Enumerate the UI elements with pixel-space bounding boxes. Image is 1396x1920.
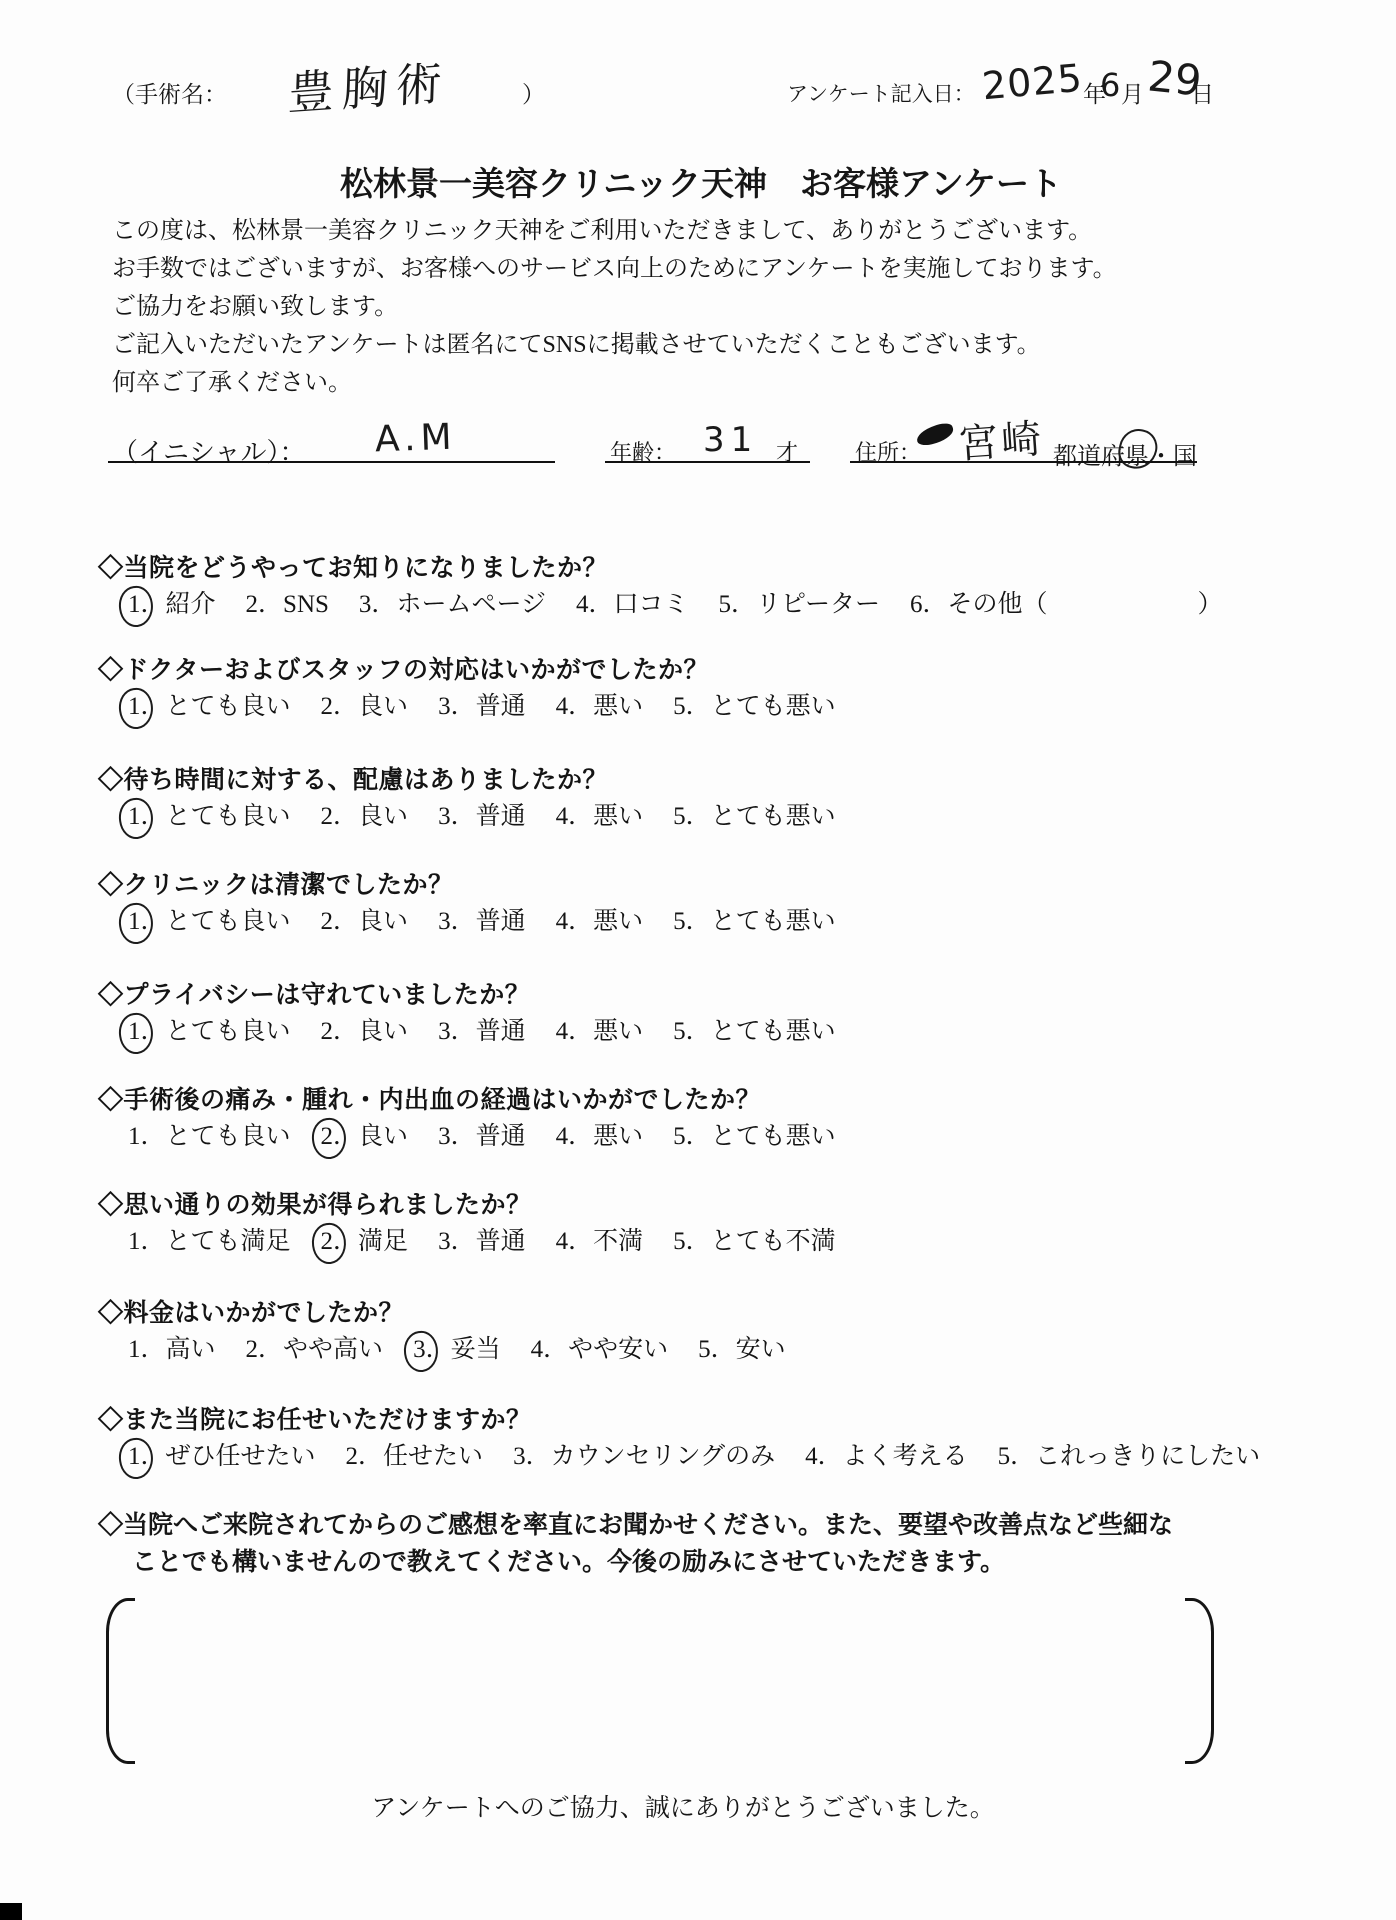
question-option: 4．悪い	[556, 1116, 644, 1152]
option-number-separator: ．	[731, 584, 756, 620]
option-label: 普通	[476, 1228, 526, 1255]
option-number: 2	[246, 591, 259, 619]
option-label: 悪い	[593, 693, 643, 720]
option-label: リピーター	[756, 591, 880, 618]
option-label: ぜひ任せたい	[166, 1443, 316, 1470]
question-option: 3．普通	[438, 1221, 526, 1257]
question-option: 1．高い	[128, 1329, 216, 1365]
option-number: 2	[321, 803, 334, 831]
prefecture-suffix-pre: 都道府	[1053, 444, 1125, 470]
option-label: 妥当	[451, 1336, 501, 1363]
option-label: とても満足	[166, 1228, 291, 1255]
question-option: 3．妥当	[413, 1329, 501, 1365]
surgery-name-label: （手術名：	[112, 76, 227, 109]
option-label: とても良い	[166, 1123, 291, 1150]
option-number-separator: ．	[568, 901, 593, 937]
option-number-separator: ．	[923, 584, 948, 620]
option-label: 悪い	[593, 803, 643, 830]
question-option: 4．悪い	[556, 686, 644, 722]
option-number: 3	[438, 803, 451, 831]
question-option: 1．とても良い	[128, 901, 291, 937]
option-number: 4	[556, 1018, 569, 1046]
option-label: とても悪い	[711, 908, 836, 935]
intro-line: ご記入いただいたアンケートは匿名にてSNSに掲載させていただくこともございます。	[112, 326, 1117, 364]
question-option: 2．良い	[321, 1011, 409, 1047]
question-title: ◇また当院にお任せいただけますか？	[98, 1400, 532, 1436]
option-number-separator: ．	[686, 1011, 711, 1047]
feedback-question-line2: ことでも構いませんので教えてください。今後の励みにさせていただきます。	[132, 1542, 1005, 1578]
option-number: 4	[576, 591, 589, 619]
question-option: 2．やや高い	[246, 1329, 384, 1365]
question-option: 1．ぜひ任せたい	[128, 1436, 316, 1472]
question-option: 2．満足	[321, 1221, 409, 1257]
surgery-name-close-paren: ）	[522, 76, 545, 109]
survey-date-label: アンケート記入日：	[787, 78, 975, 108]
option-number-separator: ．	[686, 901, 711, 937]
option-number-separator: ．	[358, 1436, 383, 1472]
initial-label: （イニシャル）：	[112, 432, 305, 469]
option-number: 5	[673, 693, 686, 721]
question-option: 4．口コミ	[576, 584, 689, 620]
option-label: 悪い	[593, 1123, 643, 1150]
option-label: 良い	[358, 1018, 408, 1045]
scan-artifact-mark	[0, 1903, 22, 1920]
option-number: 4	[531, 1336, 544, 1364]
age-underline	[605, 460, 810, 463]
option-number-separator: ．	[333, 686, 358, 722]
option-label: 高い	[166, 1336, 216, 1363]
date-month-handwritten: 6	[1100, 66, 1120, 104]
option-label: 紹介	[166, 591, 216, 618]
option-number-separator: ．	[568, 796, 593, 832]
question-option: 2．良い	[321, 1116, 409, 1152]
option-number-separator: ．	[686, 686, 711, 722]
option-number: 5	[998, 1443, 1011, 1471]
question-options: 1．とても良い2．良い3．普通4．悪い5．とても悪い	[128, 686, 866, 722]
option-label: 満足	[358, 1228, 408, 1255]
option-number-separator: ．	[1010, 1436, 1035, 1472]
option-label: ホームページ	[396, 591, 546, 618]
option-number-separator: ．	[568, 1011, 593, 1047]
option-number-separator: ．	[568, 686, 593, 722]
prefecture-country-suffix: 都道府県・国	[1053, 436, 1197, 471]
option-number-separator: ．	[141, 1116, 166, 1152]
option-number: 3	[438, 1123, 451, 1151]
question-option: 1．とても良い	[128, 1011, 291, 1047]
option-number-separator: ．	[333, 1011, 358, 1047]
option-label: とても悪い	[711, 1018, 836, 1045]
option-number-separator: ．	[818, 1436, 843, 1472]
option-number-separator: ．	[568, 1221, 593, 1257]
option-number-separator: ．	[543, 1329, 568, 1365]
option-number: 5	[673, 1123, 686, 1151]
option-number: 2	[346, 1443, 359, 1471]
selected-option-circle: 3	[413, 1336, 426, 1364]
question-options: 1．とても良い2．良い3．普通4．悪い5．とても悪い	[128, 796, 866, 832]
option-label: 不満	[593, 1228, 643, 1255]
question-options: 1．とても満足2．満足3．普通4．不満5．とても不満	[128, 1221, 866, 1257]
option-number: 3	[513, 1443, 526, 1471]
option-label: やや高い	[283, 1336, 383, 1363]
scribble-blackout	[914, 421, 955, 449]
option-number: 3	[359, 591, 372, 619]
option-number: 5	[673, 1018, 686, 1046]
option-number: 4	[556, 908, 569, 936]
option-label: 普通	[476, 803, 526, 830]
intro-line: お手数ではございますが、お客様へのサービス向上のためにアンケートを実施しておりま…	[112, 250, 1117, 288]
selected-option-circle: 1	[128, 908, 141, 936]
question-options: 1．紹介2．SNS3．ホームページ4．口コミ5．リピーター6．その他（ ）	[128, 584, 1253, 620]
option-number: 5	[673, 908, 686, 936]
question-option: 5．リピーター	[718, 584, 880, 620]
question-title: ◇クリニックは清潔でしたか？	[98, 865, 454, 901]
option-number-separator: ．	[451, 1011, 476, 1047]
option-number: 5	[718, 591, 731, 619]
question-option: 5．とても悪い	[673, 901, 836, 937]
option-number: 2	[321, 693, 334, 721]
option-number-separator: ．	[333, 901, 358, 937]
address-underline	[850, 460, 1197, 463]
question-option: 5．とても悪い	[673, 1116, 836, 1152]
question-option: 1．とても良い	[128, 796, 291, 832]
option-label: 安い	[736, 1336, 786, 1363]
option-label: 任せたい	[383, 1443, 483, 1470]
option-label: 良い	[358, 693, 408, 720]
selected-option-circle: 2	[321, 1123, 334, 1151]
option-number: 5	[673, 1228, 686, 1256]
intro-line: 何卒ご了承ください。	[112, 364, 1117, 402]
question-option: 2．SNS	[246, 584, 329, 620]
question-option: 4．やや安い	[531, 1329, 669, 1365]
age-handwritten: 31	[703, 420, 758, 460]
option-label: その他（ ）	[948, 591, 1223, 618]
question-options: 1．ぜひ任せたい2．任せたい3．カウンセリングのみ4．よく考える5．これっきりに…	[128, 1436, 1290, 1472]
option-label: 普通	[476, 908, 526, 935]
question-title: ◇思い通りの効果が得られましたか？	[98, 1185, 532, 1221]
question-option: 5．とても悪い	[673, 686, 836, 722]
question-options: 1．とても良い2．良い3．普通4．悪い5．とても悪い	[128, 901, 866, 937]
comment-box-left-bracket	[106, 1598, 135, 1764]
question-title: ◇料金はいかがでしたか？	[98, 1293, 404, 1329]
option-number: 2	[246, 1336, 259, 1364]
selected-option-circle: 1	[128, 803, 141, 831]
question-option: 1．とても良い	[128, 1116, 291, 1152]
option-number-separator: ．	[141, 1221, 166, 1257]
option-number: 5	[673, 803, 686, 831]
option-label: これっきりにしたい	[1035, 1443, 1260, 1470]
question-option: 5．とても悪い	[673, 796, 836, 832]
question-option: 2．良い	[321, 796, 409, 832]
selected-option-circle: 1	[128, 1018, 141, 1046]
option-number: 6	[910, 591, 923, 619]
option-label: 良い	[358, 908, 408, 935]
option-label: とても不満	[711, 1228, 836, 1255]
option-number-separator: ．	[526, 1436, 551, 1472]
question-title: ◇プライバシーは守れていましたか？	[98, 975, 530, 1011]
question-option: 2．良い	[321, 901, 409, 937]
survey-scan-page: （手術名： 豊胸術 ） アンケート記入日： 2025 年 6 月 29 日 松林…	[0, 0, 1396, 1920]
option-number: 1	[128, 1336, 141, 1364]
question-option: 3．普通	[438, 901, 526, 937]
initial-underline	[108, 460, 555, 463]
question-option: 3．カウンセリングのみ	[513, 1436, 775, 1472]
question-option: 1．とても満足	[128, 1221, 291, 1257]
selected-option-circle: 1	[128, 591, 141, 619]
form-title: 松林景一美容クリニック天神 お客様アンケート	[340, 158, 1062, 205]
option-number-separator: ．	[451, 796, 476, 832]
question-options: 1．高い2．やや高い3．妥当4．やや安い5．安い	[128, 1329, 816, 1365]
question-title: ◇手術後の痛み・腫れ・内出血の経過はいかがでしたか？	[98, 1080, 761, 1116]
question-title: ◇当院をどうやってお知りになりましたか？	[98, 548, 608, 584]
question-option: 5．安い	[698, 1329, 786, 1365]
option-number-separator: ．	[588, 584, 613, 620]
question-title: ◇ドクターおよびスタッフの対応はいかがでしたか？	[98, 650, 709, 686]
date-year-handwritten: 2025	[980, 56, 1084, 109]
question-option: 3．ホームページ	[359, 584, 546, 620]
option-label: カウンセリングのみ	[551, 1443, 776, 1470]
option-number: 1	[128, 1123, 141, 1151]
option-number-separator: ．	[568, 1116, 593, 1152]
option-label: 良い	[358, 1123, 408, 1150]
question-option: 5．これっきりにしたい	[998, 1436, 1261, 1472]
question-option: 6．その他（ ）	[910, 584, 1223, 620]
option-number: 1	[128, 1228, 141, 1256]
question-options: 1．とても良い2．良い3．普通4．悪い5．とても悪い	[128, 1116, 866, 1152]
option-number: 4	[556, 1228, 569, 1256]
option-number-separator: ．	[451, 1116, 476, 1152]
initial-handwritten: A.M	[374, 417, 457, 461]
option-label: 悪い	[593, 908, 643, 935]
option-number-separator: ．	[258, 584, 283, 620]
question-option: 5．とても不満	[673, 1221, 836, 1257]
question-option: 2．任せたい	[346, 1436, 484, 1472]
question-option: 2．良い	[321, 686, 409, 722]
option-label: 良い	[358, 803, 408, 830]
option-number-separator: ．	[686, 1116, 711, 1152]
intro-line: この度は、松林景一美容クリニック天神をご利用いただきまして、ありがとうございます…	[112, 212, 1117, 250]
option-number-separator: ．	[371, 584, 396, 620]
question-option: 4．不満	[556, 1221, 644, 1257]
option-label: SNS	[283, 591, 329, 618]
day-suffix: 日	[1191, 76, 1214, 109]
option-number: 4	[556, 803, 569, 831]
question-option: 5．とても悪い	[673, 1011, 836, 1047]
option-label: 口コミ	[613, 591, 688, 618]
question-option: 3．普通	[438, 686, 526, 722]
option-number: 3	[438, 1018, 451, 1046]
comment-box-right-bracket	[1185, 1598, 1214, 1764]
option-number: 3	[438, 693, 451, 721]
option-number: 3	[438, 908, 451, 936]
question-option: 4．悪い	[556, 1011, 644, 1047]
question-options: 1．とても良い2．良い3．普通4．悪い5．とても悪い	[128, 1011, 866, 1047]
option-number-separator: ．	[711, 1329, 736, 1365]
option-label: とても悪い	[711, 1123, 836, 1150]
option-number: 3	[438, 1228, 451, 1256]
option-number-separator: ．	[451, 901, 476, 937]
question-option: 3．普通	[438, 796, 526, 832]
selected-option-circle: 1	[128, 1443, 141, 1471]
question-option: 4．悪い	[556, 796, 644, 832]
option-label: とても悪い	[711, 803, 836, 830]
prefecture-circled: 県	[1125, 436, 1149, 471]
month-suffix: 月	[1121, 76, 1144, 109]
question-option: 3．普通	[438, 1011, 526, 1047]
option-label: とても良い	[166, 693, 291, 720]
question-option: 4．悪い	[556, 901, 644, 937]
option-number-separator: ．	[451, 686, 476, 722]
option-number-separator: ．	[258, 1329, 283, 1365]
question-option: 3．普通	[438, 1116, 526, 1152]
footer-thanks: アンケートへのご協力、誠にありがとうございました。	[0, 1788, 1366, 1824]
question-title: ◇待ち時間に対する、配慮はありましたか？	[98, 760, 608, 796]
question-option: 1．とても良い	[128, 686, 291, 722]
option-number: 5	[698, 1336, 711, 1364]
option-label: 普通	[476, 693, 526, 720]
option-number: 2	[321, 908, 334, 936]
feedback-question-line1: ◇当院へご来院されてからのご感想を率直にお聞かせください。また、要望や改善点など…	[98, 1505, 1173, 1541]
option-number-separator: ．	[686, 796, 711, 832]
selected-option-circle: 1	[128, 693, 141, 721]
option-label: 悪い	[593, 1018, 643, 1045]
surgery-name-handwritten: 豊胸術	[287, 46, 451, 124]
intro-line: ご協力をお願い致します。	[112, 288, 1117, 326]
option-number: 4	[556, 693, 569, 721]
option-number-separator: ．	[141, 1329, 166, 1365]
option-number-separator: ．	[333, 796, 358, 832]
option-number-separator: ．	[686, 1221, 711, 1257]
option-number: 2	[321, 1018, 334, 1046]
option-label: やや安い	[568, 1336, 668, 1363]
selected-option-circle: 2	[321, 1228, 334, 1256]
question-option: 4．よく考える	[805, 1436, 968, 1472]
option-label: 普通	[476, 1123, 526, 1150]
option-number: 4	[805, 1443, 818, 1471]
option-label: よく考える	[843, 1443, 968, 1470]
option-number-separator: ．	[451, 1221, 476, 1257]
option-label: とても良い	[166, 908, 291, 935]
option-number: 4	[556, 1123, 569, 1151]
question-option: 1．紹介	[128, 584, 216, 620]
option-label: とても良い	[166, 1018, 291, 1045]
option-label: とても良い	[166, 803, 291, 830]
option-label: 普通	[476, 1018, 526, 1045]
option-label: とても悪い	[711, 693, 836, 720]
